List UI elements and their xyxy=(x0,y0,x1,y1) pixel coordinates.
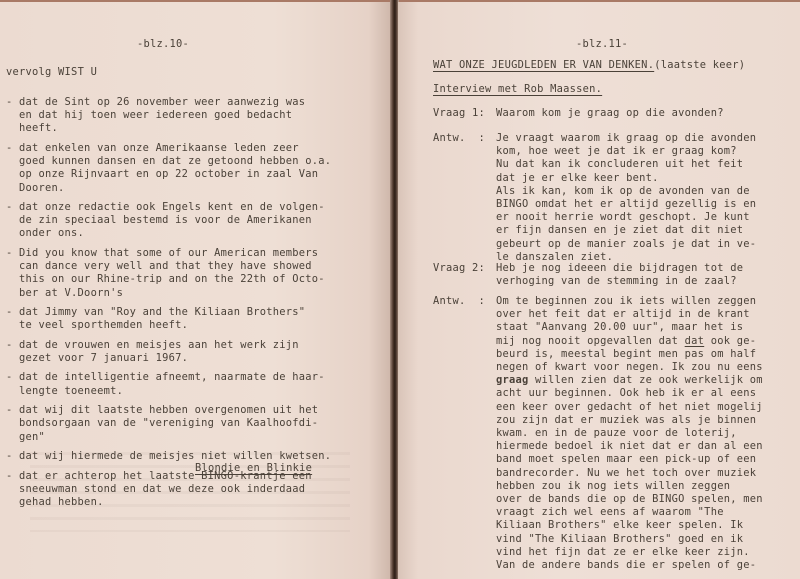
question-label: Vraag 1: xyxy=(433,107,496,120)
list-item-text: dat Jimmy van "Roy and the Kiliaan Broth… xyxy=(19,306,305,332)
right-page: -blz.11- WAT ONZE JEUGDLEDEN ER VAN DENK… xyxy=(398,2,800,579)
list-item-text: Did you know that some of our American m… xyxy=(19,247,325,300)
bullet-dash: - xyxy=(6,247,19,300)
list-item: -Did you know that some of our American … xyxy=(6,247,331,300)
list-item-text: dat de vrouwen en meisjes aan het werk z… xyxy=(19,339,299,365)
list-item: -dat enkelen van onze Amerikaanse leden … xyxy=(6,142,331,195)
list-item: -dat de intelligentie afneemt, naarmate … xyxy=(6,371,331,397)
bullet-dash: - xyxy=(6,371,19,397)
list-item: -dat de vrouwen en meisjes aan het werk … xyxy=(6,339,331,365)
list-item-text: dat wij dit laatste hebben overgenomen u… xyxy=(19,404,318,444)
list-item: -dat wij dit laatste hebben overgenomen … xyxy=(6,404,331,444)
bullet-dash: - xyxy=(6,306,19,332)
page-number: -blz.11- xyxy=(576,38,628,51)
question-2: Vraag 2: Heb je nog ideeen die bijdragen… xyxy=(433,262,743,288)
list-item-text: dat onze redactie ook Engels kent en de … xyxy=(19,201,325,241)
bullet-dash: - xyxy=(6,404,19,444)
list-item-text: dat de intelligentie afneemt, naarmate d… xyxy=(19,371,325,397)
bullet-dash: - xyxy=(6,142,19,195)
answer-2: Antw. : Om te beginnen zou ik iets wille… xyxy=(433,295,763,572)
section-heading: vervolg WIST U xyxy=(6,66,97,79)
article-subtitle: Interview met Rob Maassen. xyxy=(433,83,602,96)
article-title-main: WAT ONZE JEUGDLEDEN ER VAN DENKEN. xyxy=(433,59,654,71)
answer-1: Antw. : Je vraagt waarom ik graag op die… xyxy=(433,132,756,264)
question-1: Vraag 1: Waarom kom je graag op die avon… xyxy=(433,107,724,120)
question-text: Waarom kom je graag op die avonden? xyxy=(496,107,724,120)
bullet-dash: - xyxy=(6,201,19,241)
list-item-text: dat enkelen van onze Amerikaanse leden z… xyxy=(19,142,331,195)
bullet-dash: - xyxy=(6,470,19,510)
show-through-text xyxy=(30,442,350,532)
bullet-dash: - xyxy=(6,339,19,365)
page-number: -blz.10- xyxy=(137,38,189,51)
article-title-suffix: (laatste keer) xyxy=(654,59,745,71)
bullet-dash: - xyxy=(6,96,19,136)
list-item: -dat Jimmy van "Roy and the Kiliaan Brot… xyxy=(6,306,331,332)
question-text: Heb je nog ideeen die bijdragen tot de v… xyxy=(496,262,743,288)
bullet-dash: - xyxy=(6,450,19,463)
answer-text: Om te beginnen zou ik iets willen zeggen… xyxy=(496,295,763,572)
answer-text: Je vraagt waarom ik graag op die avonden… xyxy=(496,132,756,264)
question-label: Vraag 2: xyxy=(433,262,496,288)
answer-label: Antw. : xyxy=(433,295,496,572)
list-item: -dat de Sint op 26 november weer aanwezi… xyxy=(6,96,331,136)
left-page: -blz.10- vervolg WIST U -dat de Sint op … xyxy=(0,2,392,579)
article-title: WAT ONZE JEUGDLEDEN ER VAN DENKEN.(laats… xyxy=(433,59,745,72)
list-item: -dat onze redactie ook Engels kent en de… xyxy=(6,201,331,241)
list-item-text: dat de Sint op 26 november weer aanwezig… xyxy=(19,96,305,136)
answer-label: Antw. : xyxy=(433,132,496,264)
